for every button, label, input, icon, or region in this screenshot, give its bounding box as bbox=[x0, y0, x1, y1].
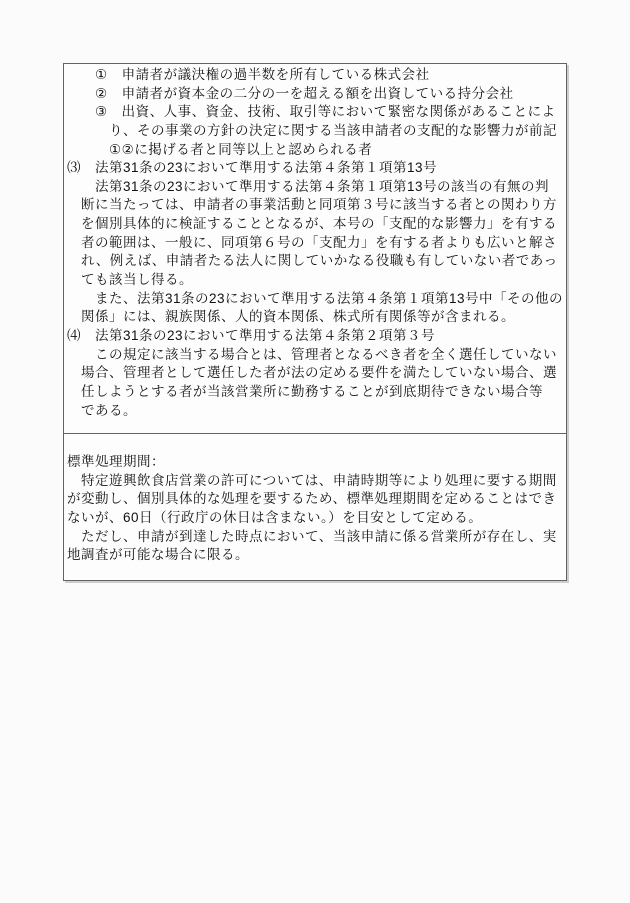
text-line: が変動し、個別具体的な処理を要するため、標準処理期間を定めることはでき bbox=[67, 490, 563, 509]
section-standard-processing-period: 標準処理期間： 特定遊興飲食店営業の許可については、申請時期等により処理に要する… bbox=[64, 434, 566, 581]
text-line: ても該当し得る。 bbox=[67, 271, 563, 290]
text-line: 地調査が可能な場合に限る。 bbox=[67, 546, 563, 565]
text-line: である。 bbox=[67, 402, 563, 421]
text-line: ①②に掲げる者と同等以上と認められる者 bbox=[67, 141, 563, 160]
document-page: ① 申請者が議決権の過半数を所有している株式会社 ② 申請者が資本金の二分の一を… bbox=[0, 0, 630, 903]
text-line: ③ 出資、人事、資金、技術、取引等において緊密な関係があることによ bbox=[67, 103, 563, 122]
text-line: また、法第31条の23において準用する法第４条第１項第13号中「その他の bbox=[67, 290, 563, 309]
section-main-provisions: ① 申請者が議決権の過半数を所有している株式会社 ② 申請者が資本金の二分の一を… bbox=[64, 64, 566, 434]
document-table: ① 申請者が議決権の過半数を所有している株式会社 ② 申請者が資本金の二分の一を… bbox=[63, 63, 567, 581]
text-line: ⑷ 法第31条の23において準用する法第４条第２項第３号 bbox=[67, 327, 563, 346]
main-provisions-text: ① 申請者が議決権の過半数を所有している株式会社 ② 申請者が資本金の二分の一を… bbox=[67, 66, 563, 420]
text-line: り、その事業の方針の決定に関する当該申請者の支配的な影響力が前記 bbox=[67, 122, 563, 141]
text-line: この規定に該当する場合とは、管理者となるべき者を全く選任していない bbox=[67, 346, 563, 365]
standard-processing-period-text: 標準処理期間： 特定遊興飲食店営業の許可については、申請時期等により処理に要する… bbox=[67, 453, 563, 565]
text-line: ② 申請者が資本金の二分の一を超える額を出資している持分会社 bbox=[67, 85, 563, 104]
text-line: 任しようとする者が当該営業所に勤務することが到底期待できない場合等 bbox=[67, 383, 563, 402]
text-line: を個別具体的に検証することとなるが、本号の「支配的な影響力」を有する bbox=[67, 215, 563, 234]
text-line: ⑶ 法第31条の23において準用する法第４条第１項第13号 bbox=[67, 159, 563, 178]
text-line: 法第31条の23において準用する法第４条第１項第13号の該当の有無の判 bbox=[67, 178, 563, 197]
text-line: ただし、申請が到達した時点において、当該申請に係る営業所が存在し、実 bbox=[67, 528, 563, 547]
text-line: ① 申請者が議決権の過半数を所有している株式会社 bbox=[67, 66, 563, 85]
text-line: 関係」には、親族関係、人的資本関係、株式所有関係等が含まれる。 bbox=[67, 308, 563, 327]
text-line: 特定遊興飲食店営業の許可については、申請時期等により処理に要する期間 bbox=[67, 472, 563, 491]
text-line: 場合、管理者として選任した者が法の定める要件を満たしていない場合、選 bbox=[67, 364, 563, 383]
text-line: ないが、60日（行政庁の休日は含まない。）を目安として定める。 bbox=[67, 509, 563, 528]
text-line: 断に当たっては、申請者の事業活動と同項第３号に該当する者との関わり方 bbox=[67, 196, 563, 215]
text-line: 標準処理期間： bbox=[67, 453, 563, 472]
text-line: れ、例えば、申請者たる法人に関していかなる役職も有していない者であっ bbox=[67, 252, 563, 271]
text-line: 者の範囲は、一般に、同項第６号の「支配力」を有する者よりも広いと解さ bbox=[67, 234, 563, 253]
